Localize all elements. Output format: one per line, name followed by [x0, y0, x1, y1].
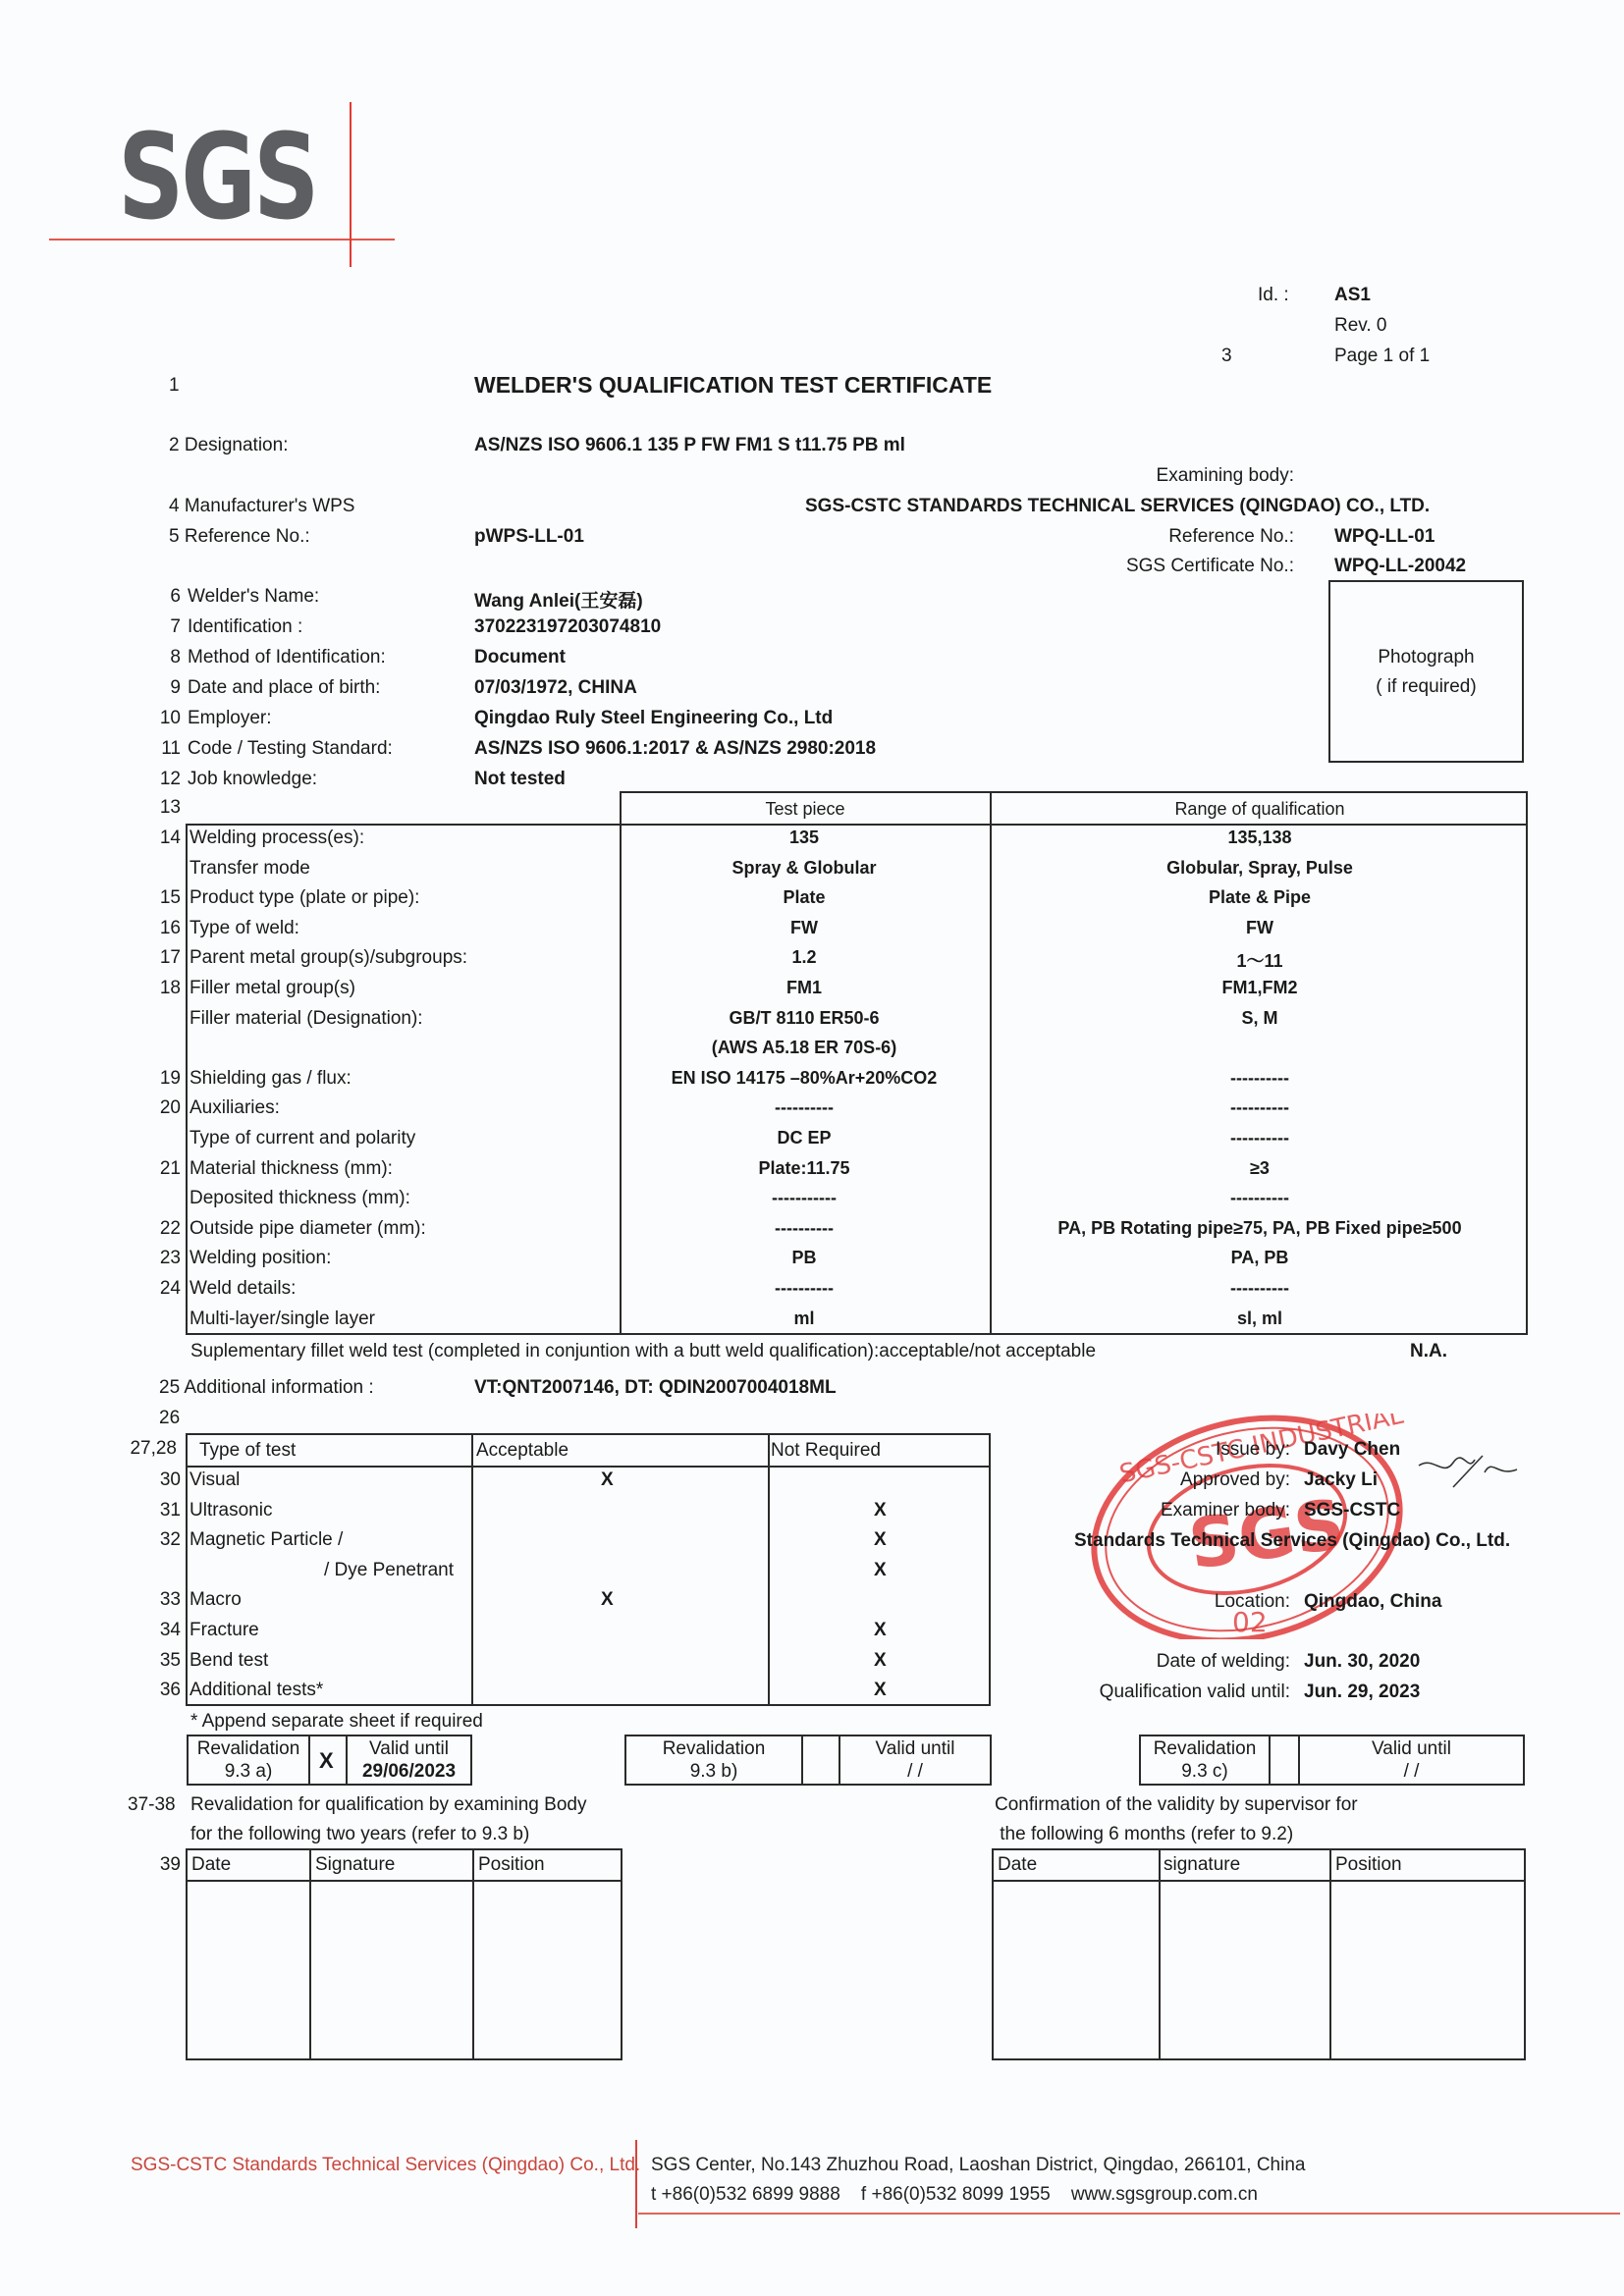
welder-field-value: Document	[474, 647, 566, 668]
row-number: 32	[122, 1529, 181, 1551]
acceptable-mark: X	[601, 1589, 614, 1611]
welder-field-value: 370223197203074810	[474, 616, 661, 638]
welder-field-label: Job knowledge:	[188, 769, 317, 790]
row-number: 10	[122, 708, 181, 729]
range-value: ----------	[992, 1068, 1528, 1089]
row-number: 16	[122, 918, 181, 939]
revalidation-label: Revalidation	[1141, 1738, 1269, 1760]
table-row-label: Welding process(es):	[189, 828, 364, 849]
test-piece-value: DC EP	[621, 1128, 988, 1148]
examiner-line2: Standards Technical Services (Qingdao) C…	[1074, 1530, 1510, 1552]
tests-num: 27,28	[118, 1438, 177, 1460]
acceptable-mark: X	[601, 1469, 614, 1491]
table-row-label: Type of weld:	[189, 918, 299, 939]
supplementary-value: N.A.	[1410, 1341, 1447, 1362]
welder-field-value: 07/03/1972, CHINA	[474, 677, 637, 699]
test-type: Macro	[189, 1589, 242, 1611]
test-piece-value: PB	[621, 1248, 988, 1268]
not-required-mark: X	[874, 1650, 887, 1672]
test-piece-value: EN ISO 14175 –80%Ar+20%CO2	[621, 1068, 988, 1089]
table-row-label: Type of current and polarity	[189, 1128, 415, 1149]
photo-note: ( if required)	[1330, 676, 1522, 698]
examining-body-label: Examining body:	[982, 465, 1294, 487]
test-piece-value: 135	[621, 828, 988, 848]
table-row-label: Weld details:	[189, 1278, 296, 1300]
welder-field-label: Date and place of birth:	[188, 677, 380, 699]
ref-no-label: Reference No.:	[982, 526, 1294, 548]
row-number: 36	[122, 1680, 181, 1701]
wps-label: 4 Manufacturer's WPS	[169, 496, 354, 517]
row-number: 33	[122, 1589, 181, 1611]
col-divider	[768, 1433, 770, 1706]
test-piece-value: Plate	[621, 887, 988, 908]
ref-no-value: WPQ-LL-01	[1334, 526, 1435, 548]
row-number: 14	[122, 828, 181, 849]
col-date: Date	[998, 1854, 1037, 1876]
col-type-of-test: Type of test	[199, 1440, 296, 1462]
revalidation-c: Revalidation 9.3 c) Valid until / /	[1139, 1735, 1525, 1786]
col-signature: Signature	[315, 1854, 395, 1876]
id-value: AS1	[1334, 285, 1371, 306]
confirm-line2: the following 6 months (refer to 9.2)	[995, 1824, 1293, 1845]
revalidation-a: Revalidation 9.3 a) X Valid until 29/06/…	[187, 1735, 472, 1786]
row-number: 15	[122, 887, 181, 909]
test-piece-value: FM1	[621, 978, 988, 998]
reval-num: 37-38	[128, 1794, 176, 1816]
revision: Rev. 0	[1334, 315, 1387, 337]
page-number: Page 1 of 1	[1334, 346, 1430, 367]
cell-divider	[1269, 1736, 1271, 1784]
range-value: FW	[992, 918, 1528, 938]
test-piece-value: ----------	[621, 1218, 988, 1239]
valid-until-date: / /	[840, 1761, 990, 1783]
test-piece-value: FW	[621, 918, 988, 938]
table-row-label: Outside pipe diameter (mm):	[189, 1218, 426, 1240]
valid-until-label: Valid until	[1300, 1738, 1523, 1760]
row-number: 12	[122, 769, 181, 790]
col-divider	[1159, 1850, 1161, 2058]
valid-until-label: Valid until	[348, 1738, 470, 1760]
page-title: WELDER'S QUALIFICATION TEST CERTIFICATE	[474, 372, 992, 399]
table-row-label: Filler metal group(s)	[189, 978, 355, 999]
logo-rule-horizontal	[49, 239, 395, 240]
test-type: Additional tests*	[189, 1680, 323, 1701]
row-number: 17	[122, 947, 181, 969]
col-divider	[1329, 1850, 1331, 2058]
signature-icon	[1414, 1448, 1522, 1497]
revalidation-clause: 9.3 b)	[626, 1761, 801, 1783]
table-row-label: Transfer mode	[189, 858, 310, 880]
valid-until-date: 29/06/2023	[348, 1761, 470, 1783]
test-type: Ultrasonic	[189, 1500, 272, 1522]
range-value: FM1,FM2	[992, 978, 1528, 998]
examiner-value: SGS-CSTC	[1304, 1500, 1400, 1522]
wps-ref-value: pWPS-LL-01	[474, 526, 584, 548]
col-divider	[472, 1850, 474, 2058]
test-piece-value: GB/T 8110 ER50-6	[621, 1008, 988, 1029]
welder-field-label: Code / Testing Standard:	[188, 738, 393, 760]
row-26: 26	[159, 1408, 180, 1429]
welder-field-label: Identification :	[188, 616, 302, 638]
header-rule	[188, 1880, 621, 1882]
row-number: 8	[122, 647, 181, 668]
valid-until-label: Valid until	[840, 1738, 990, 1760]
cell-divider	[308, 1736, 310, 1784]
row-number: 11	[122, 738, 181, 760]
welder-field-value: Not tested	[474, 769, 566, 790]
row-number: 35	[122, 1650, 181, 1672]
table-row-label: Welding position:	[189, 1248, 331, 1269]
welder-field-label: Employer:	[188, 708, 272, 729]
reval-line2: for the following two years (refer to 9.…	[190, 1824, 529, 1845]
supplementary-text: Suplementary fillet weld test (completed…	[190, 1341, 1096, 1362]
table-row-label: Multi-layer/single layer	[189, 1308, 375, 1330]
test-type: Bend test	[189, 1650, 268, 1672]
photo-label: Photograph	[1330, 647, 1522, 668]
table-row-label: Filler material (Designation):	[189, 1008, 423, 1030]
table-row-label: Shielding gas / flux:	[189, 1068, 352, 1090]
additional-label: 25 Additional information :	[159, 1377, 374, 1399]
location-value: Qingdao, China	[1304, 1591, 1441, 1613]
range-value: 135,138	[992, 828, 1528, 848]
logo-text: SGS	[118, 120, 316, 238]
confirm-line1: Confirmation of the validity by supervis…	[995, 1794, 1358, 1816]
table-row-label: Parent metal group(s)/subgroups:	[189, 947, 467, 969]
row-number: 34	[122, 1620, 181, 1641]
row-number: 6	[122, 586, 181, 608]
welder-field-label: Welder's Name:	[188, 586, 319, 608]
additional-value: VT:QNT2007146, DT: QDIN2007004018ML	[474, 1377, 837, 1399]
row-number: 21	[122, 1158, 181, 1180]
designation-label: 2 Designation:	[169, 435, 288, 456]
range-value: Globular, Spray, Pulse	[992, 858, 1528, 879]
sign-table-right: Date signature Position	[992, 1848, 1526, 2060]
range-value: ----------	[992, 1188, 1528, 1208]
id-label: Id. :	[1258, 285, 1289, 306]
issue-by-value: Davy Chen	[1304, 1439, 1400, 1461]
cert-no-label: SGS Certificate No.:	[982, 556, 1294, 577]
range-value: 1～11	[992, 947, 1528, 973]
revalidation-b: Revalidation 9.3 b) Valid until / /	[624, 1735, 992, 1786]
location-label: Location:	[982, 1591, 1290, 1613]
test-piece-value: Plate:11.75	[621, 1158, 988, 1179]
revalidation-label: Revalidation	[189, 1738, 308, 1760]
row-number: 30	[122, 1469, 181, 1491]
main-table-header: Test piece Range of qualification	[620, 791, 1528, 826]
sign-num: 39	[118, 1854, 181, 1876]
revalidation-mark: X	[319, 1748, 334, 1774]
sign-table-left: Date Signature Position	[186, 1848, 623, 2060]
test-type: Visual	[189, 1469, 240, 1491]
revalidation-clause: 9.3 c)	[1141, 1761, 1269, 1783]
range-value: ≥3	[992, 1158, 1528, 1179]
col-range: Range of qualification	[992, 799, 1528, 820]
reval-line1: Revalidation for qualification by examin…	[190, 1794, 586, 1816]
range-value: sl, ml	[992, 1308, 1528, 1329]
col-divider	[471, 1433, 473, 1706]
table-row-label: Deposited thickness (mm):	[189, 1188, 410, 1209]
col-date: Date	[191, 1854, 231, 1876]
footer-rule	[638, 2213, 1620, 2215]
welder-field-value: AS/NZS ISO 9606.1:2017 & AS/NZS 2980:201…	[474, 738, 876, 760]
examining-body-name: SGS-CSTC STANDARDS TECHNICAL SERVICES (Q…	[805, 496, 1430, 517]
welder-field-value: Wang Anlei(王安磊)	[474, 586, 643, 613]
examiner-label: Examiner body:	[982, 1500, 1290, 1522]
welder-field-value: Qingdao Ruly Steel Engineering Co., Ltd	[474, 708, 833, 729]
col-test-piece: Test piece	[622, 799, 989, 820]
footer-contact: t +86(0)532 6899 9888 f +86(0)532 8099 1…	[651, 2184, 1258, 2206]
title-number: 1	[169, 375, 180, 397]
col-acceptable: Acceptable	[476, 1440, 568, 1462]
welding-date-label: Date of welding:	[982, 1651, 1290, 1673]
valid-until-label: Qualification valid until:	[982, 1682, 1290, 1703]
test-piece-value: ml	[621, 1308, 988, 1329]
col-not-required: Not Required	[771, 1440, 881, 1462]
table-row-label: Auxiliaries:	[189, 1097, 280, 1119]
row-number: 22	[122, 1218, 181, 1240]
section-marker: 3	[1221, 346, 1232, 367]
photo-box: Photograph ( if required)	[1328, 580, 1524, 763]
test-piece-value: ----------	[621, 1097, 988, 1118]
tests-table: Type of test Acceptable Not Required	[186, 1433, 991, 1706]
footer-address: SGS Center, No.143 Zhuzhou Road, Laoshan…	[651, 2155, 1305, 2176]
cell-divider	[801, 1736, 803, 1784]
test-piece-value: (AWS A5.18 ER 70S-6)	[621, 1038, 988, 1058]
test-piece-value: -----------	[621, 1188, 988, 1208]
range-value: PA, PB Rotating pipe≥75, PA, PB Fixed pi…	[992, 1218, 1528, 1239]
range-value: S, M	[992, 1008, 1528, 1029]
table-row-label: Product type (plate or pipe):	[189, 887, 419, 909]
col-divider	[309, 1850, 311, 2058]
row-number: 9	[122, 677, 181, 699]
header-rule	[186, 1466, 991, 1468]
row-number: 24	[122, 1278, 181, 1300]
test-type: / Dye Penetrant	[324, 1560, 454, 1581]
row-number: 23	[122, 1248, 181, 1269]
issue-by-label: Issue by:	[982, 1439, 1290, 1461]
col-position: Position	[1335, 1854, 1402, 1876]
wps-ref-label: 5 Reference No.:	[169, 526, 310, 548]
valid-until-value: Jun. 29, 2023	[1304, 1682, 1420, 1703]
footer-company: SGS-CSTC Standards Technical Services (Q…	[131, 2155, 640, 2176]
row-number: 19	[122, 1068, 181, 1090]
col-position: Position	[478, 1854, 545, 1876]
not-required-mark: X	[874, 1560, 887, 1581]
range-value: Plate & Pipe	[992, 887, 1528, 908]
logo-rule-vertical	[350, 102, 352, 267]
test-type: Fracture	[189, 1620, 259, 1641]
row-number: 7	[122, 616, 181, 638]
designation-value: AS/NZS ISO 9606.1 135 P FW FM1 S t11.75 …	[474, 435, 905, 456]
not-required-mark: X	[874, 1529, 887, 1551]
table-row-label: Material thickness (mm):	[189, 1158, 393, 1180]
approved-by-label: Approved by:	[982, 1469, 1290, 1491]
footer-divider	[635, 2140, 637, 2228]
test-piece-value: ----------	[621, 1278, 988, 1299]
not-required-mark: X	[874, 1500, 887, 1522]
row-number: 13	[122, 797, 181, 819]
header-rule	[994, 1880, 1524, 1882]
test-type: Magnetic Particle /	[189, 1529, 343, 1551]
revalidation-label: Revalidation	[626, 1738, 801, 1760]
test-piece-value: Spray & Globular	[621, 858, 988, 879]
append-note: * Append separate sheet if required	[190, 1711, 483, 1733]
range-value: ----------	[992, 1128, 1528, 1148]
row-number: 20	[122, 1097, 181, 1119]
not-required-mark: X	[874, 1680, 887, 1701]
row-number: 31	[122, 1500, 181, 1522]
valid-until-date: / /	[1300, 1761, 1523, 1783]
approved-by-value: Jacky Li	[1304, 1469, 1378, 1491]
col-signature: signature	[1164, 1854, 1240, 1876]
test-piece-value: 1.2	[621, 947, 988, 968]
not-required-mark: X	[874, 1620, 887, 1641]
range-value: ----------	[992, 1097, 1528, 1118]
range-value: ----------	[992, 1278, 1528, 1299]
range-value: PA, PB	[992, 1248, 1528, 1268]
revalidation-clause: 9.3 a)	[189, 1761, 308, 1783]
welding-date-value: Jun. 30, 2020	[1304, 1651, 1420, 1673]
welder-field-label: Method of Identification:	[188, 647, 386, 668]
cert-no-value: WPQ-LL-20042	[1334, 556, 1466, 577]
row-number: 18	[122, 978, 181, 999]
